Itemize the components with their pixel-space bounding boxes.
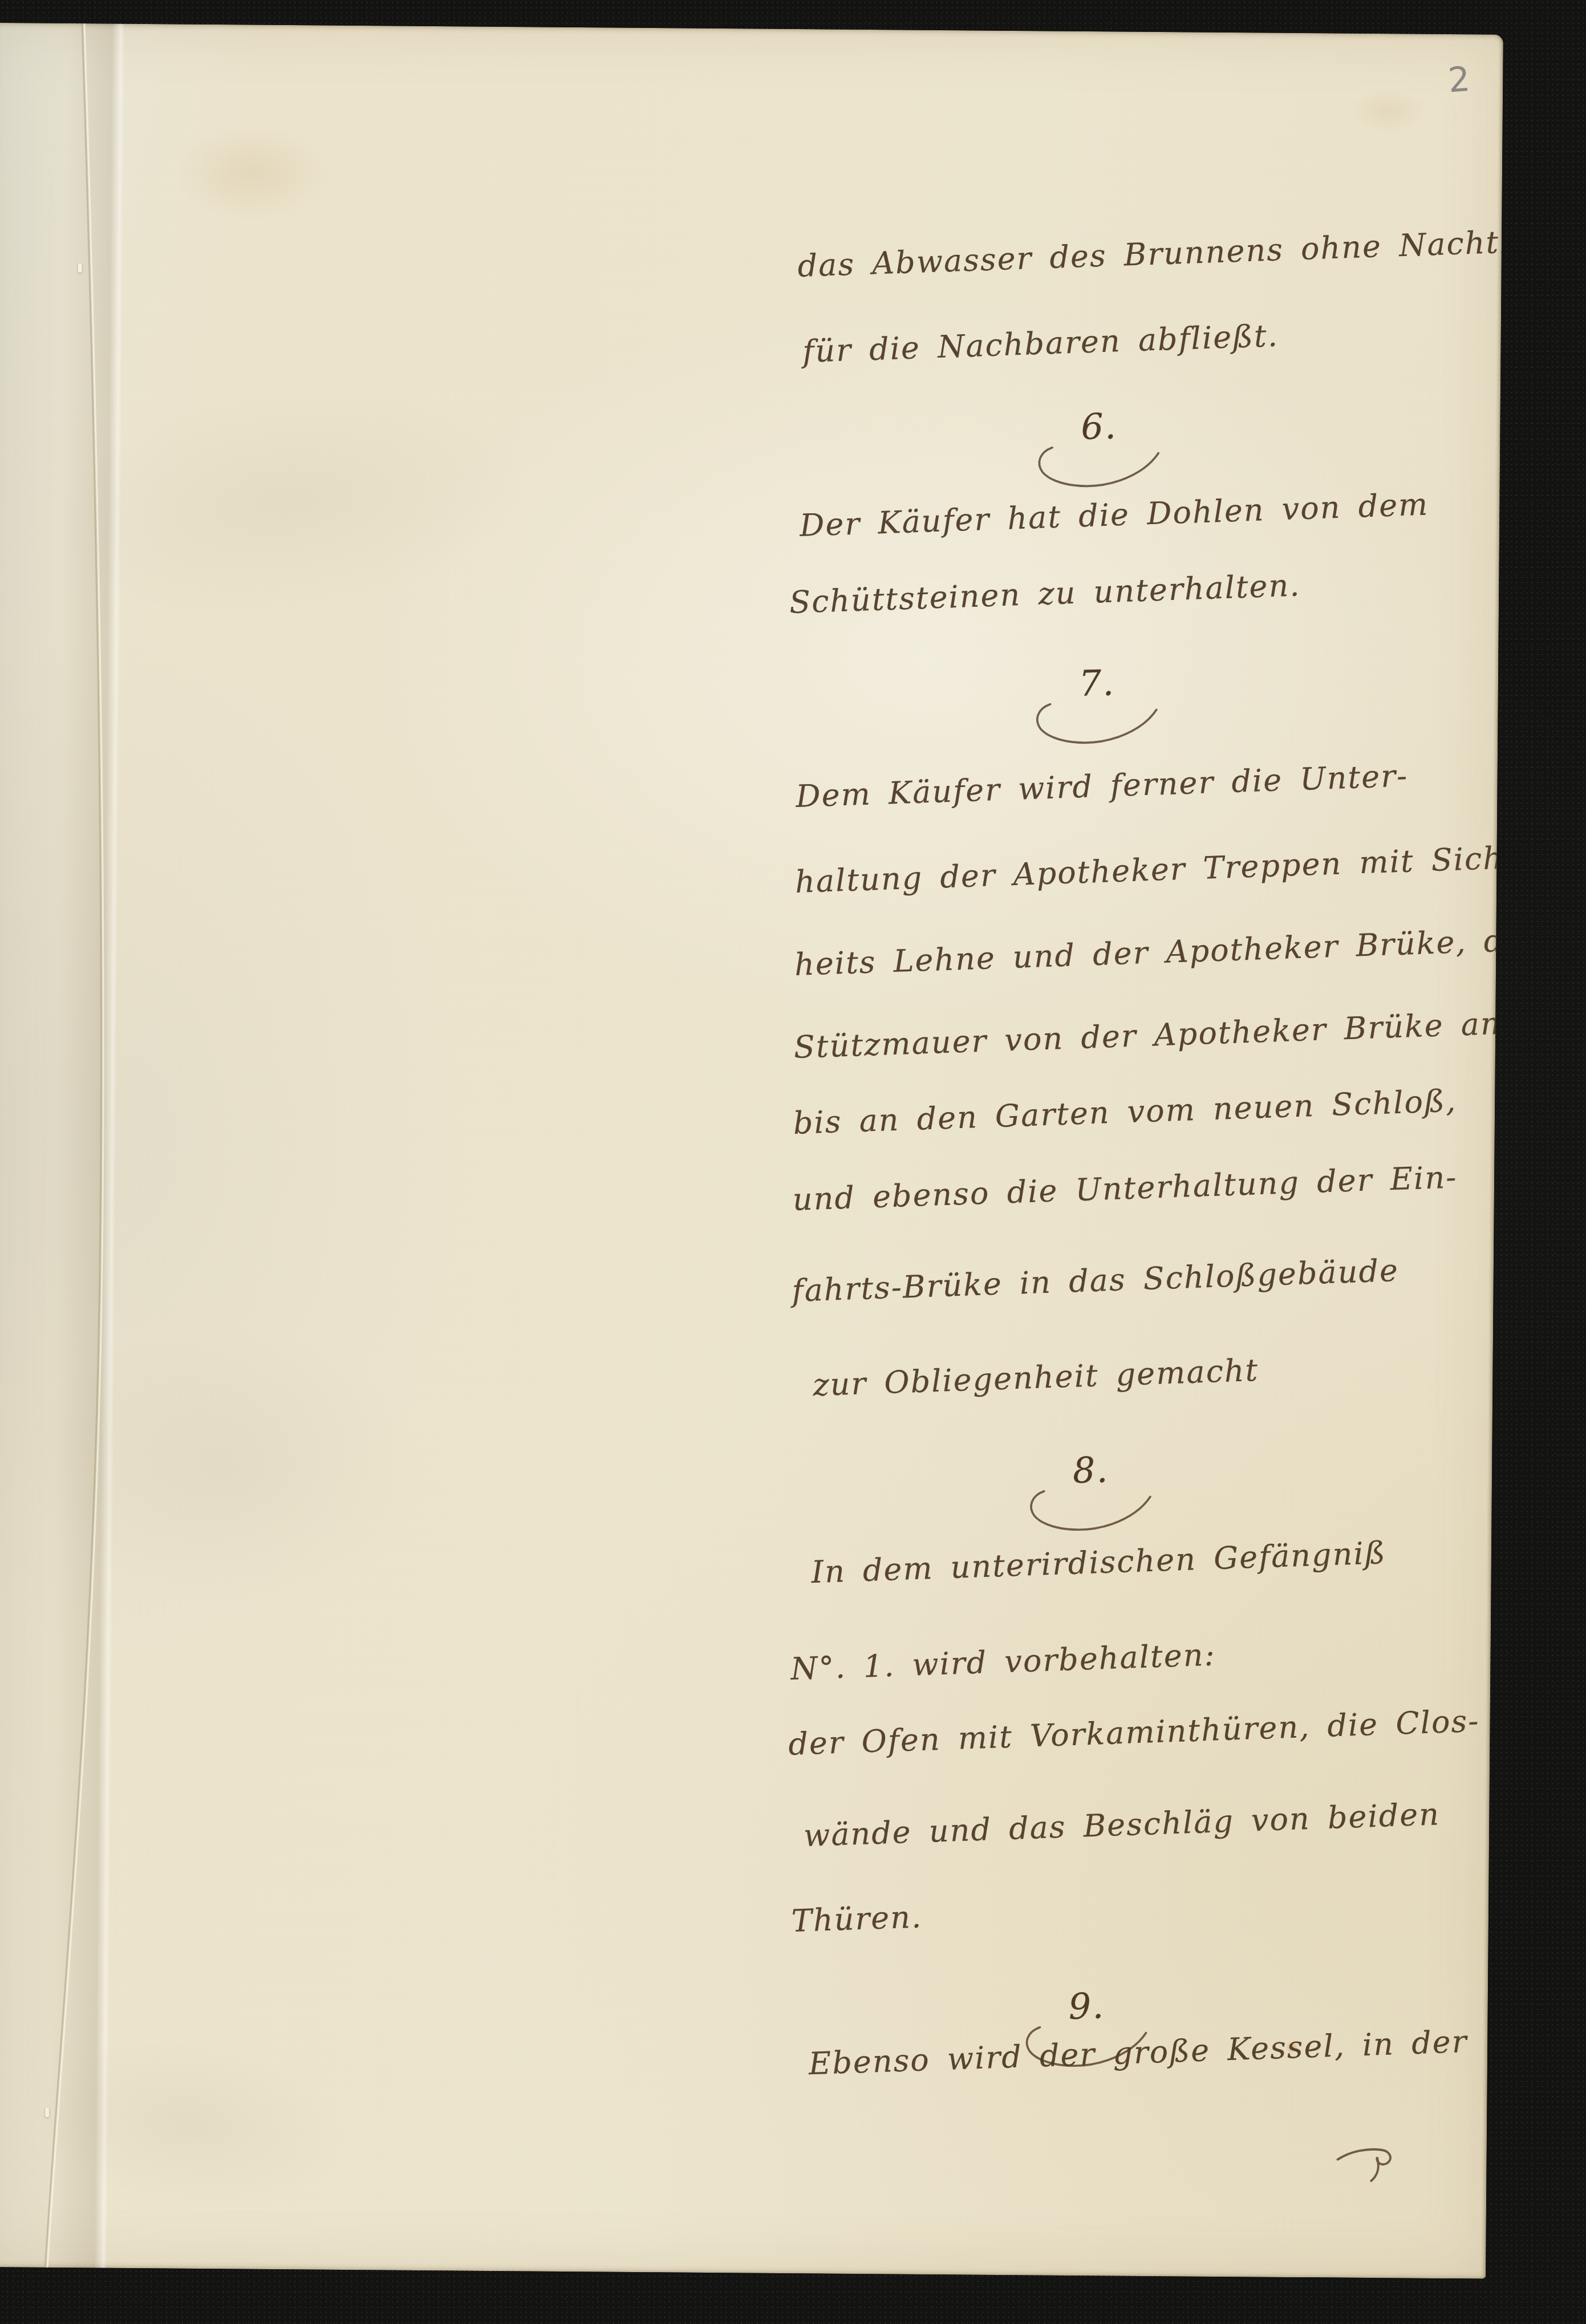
section-heading: 6. [962,405,1238,498]
manuscript-line: Thüren. [791,1899,923,1939]
section-number: 6. [1080,405,1117,448]
binding-crease [0,23,1503,2279]
section-flourish-icon [1028,440,1172,497]
catchword-flourish-icon [1334,2138,1398,2187]
manuscript-page: 2 das Abwasser des Brunnens ohne Nachthe… [0,23,1503,2279]
section-number: 9. [1068,1985,1105,2027]
section-heading: 7. [960,662,1236,755]
photo-backdrop: 2 das Abwasser des Brunnens ohne Nachthe… [0,0,1586,2324]
section-heading: 8. [954,1449,1230,1542]
section-number: 7. [1078,662,1116,704]
pencil-page-number: 2 [1447,62,1471,98]
section-number: 8. [1072,1449,1109,1491]
binding-stitch [78,263,82,273]
binding-stitch [45,2108,49,2118]
section-flourish-icon [1020,1484,1163,1540]
section-flourish-icon [1026,697,1170,753]
